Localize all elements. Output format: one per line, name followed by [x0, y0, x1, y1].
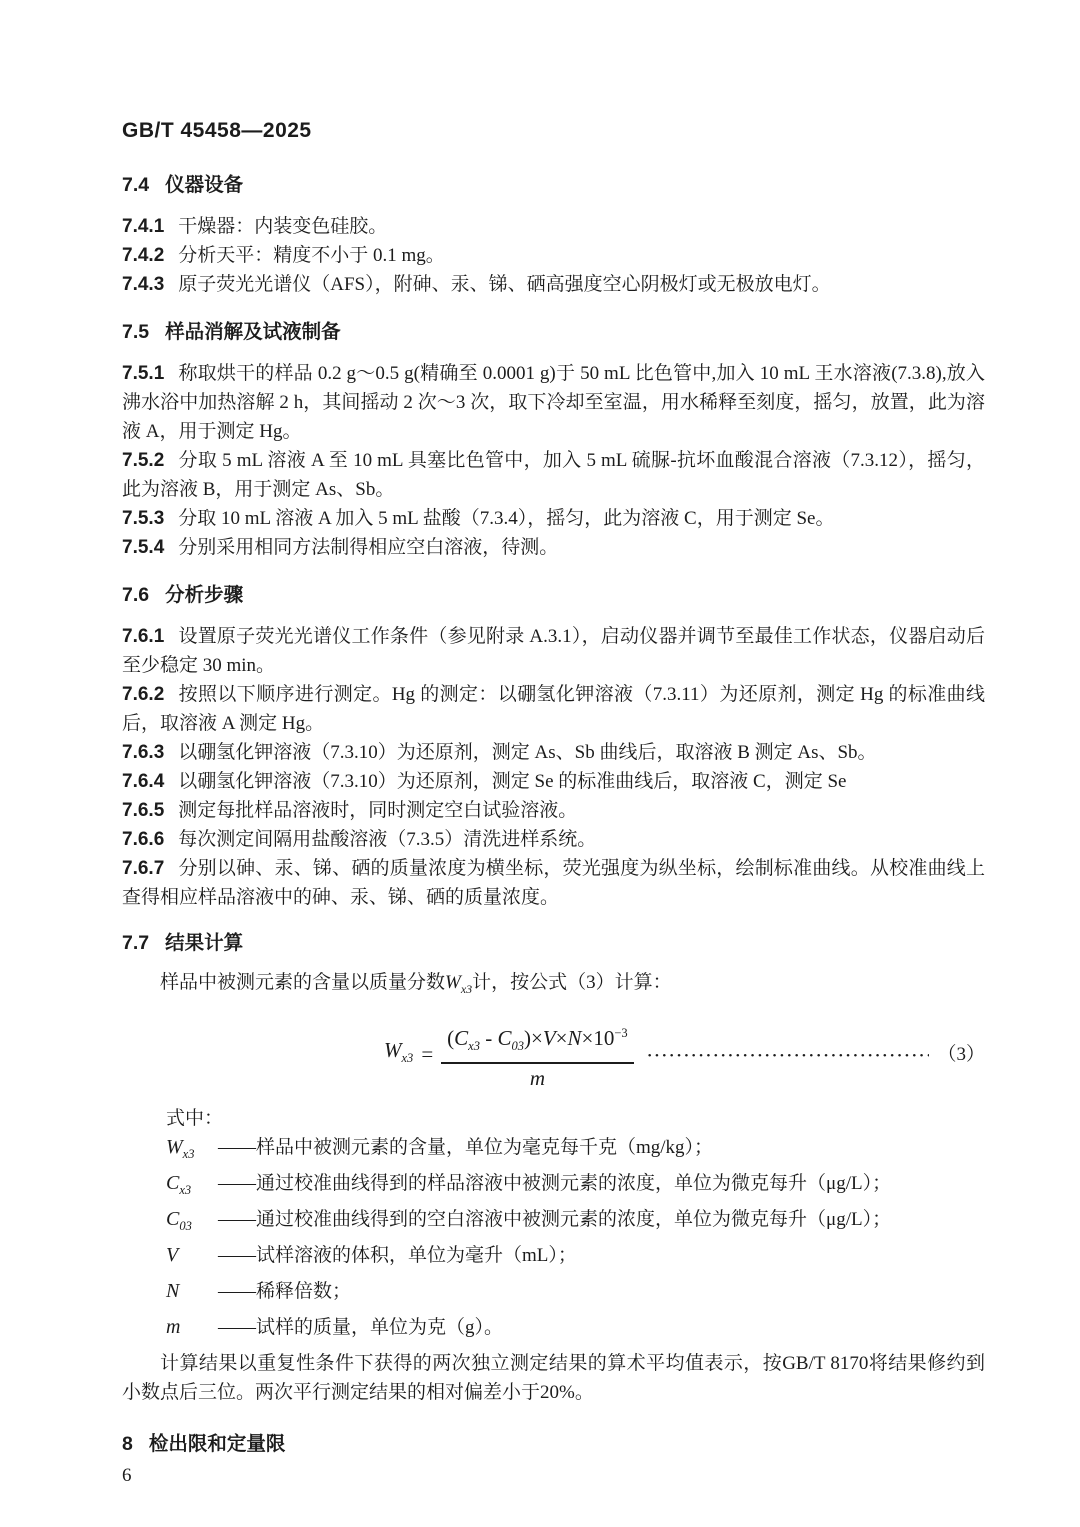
- clause-7-4-3: 7.4.3原子荧光光谱仪（AFS），附砷、汞、锑、硒高强度空心阴极灯或无极放电灯…: [122, 270, 985, 299]
- definition-symbol: Cx3: [166, 1169, 218, 1205]
- math-token: 10: [593, 1026, 614, 1050]
- clause-number: 7.6.5: [122, 800, 164, 821]
- definition-symbol: Wx3: [166, 1133, 218, 1169]
- symbol: W: [166, 1136, 183, 1158]
- section-number: 7.7: [122, 932, 149, 954]
- math-token: W: [384, 1038, 402, 1062]
- clause-7-5-2: 7.5.2分取 5 mL 溶液 A 至 10 mL 具塞比色管中，加入 5 mL…: [122, 446, 985, 504]
- clause-7-5-3: 7.5.3分取 10 mL 溶液 A 加入 5 mL 盐酸（7.3.4），摇匀，…: [122, 504, 985, 533]
- document-page: GB/T 45458—2025 7.4仪器设备 7.4.1干燥器：内装变色硅胶。…: [0, 0, 1080, 1527]
- clause-number: 7.4.3: [122, 274, 164, 295]
- clause-number: 7.6.1: [122, 626, 164, 647]
- math-token: −3: [614, 1026, 627, 1040]
- intro-text: 计，按公式（3）计算：: [472, 972, 672, 993]
- clause-7-6-3: 7.6.3以硼氢化钾溶液（7.3.10）为还原剂，测定 As、Sb 曲线后，取溶…: [122, 738, 985, 767]
- clause-text: 分别以砷、汞、锑、硒的质量浓度为横坐标，荧光强度为纵坐标，绘制标准曲线。从校准曲…: [122, 858, 985, 908]
- section-7-5-clauses: 7.5.1称取烘干的样品 0.2 g～0.5 g(精确至 0.0001 g)于 …: [122, 359, 985, 562]
- clause-text: 每次测定间隔用盐酸溶液（7.3.5）清洗进样系统。: [178, 829, 596, 850]
- definition-symbol: C03: [166, 1205, 218, 1241]
- section-number: 7.4: [122, 174, 149, 196]
- clause-7-6-5: 7.6.5测定每批样品溶液时，同时测定空白试验溶液。: [122, 796, 985, 825]
- clause-number: 7.5.2: [122, 450, 164, 471]
- clause-number: 7.5.1: [122, 363, 164, 384]
- math-token: C: [454, 1026, 468, 1050]
- math-token: ×: [556, 1026, 568, 1050]
- clause-7-6-1: 7.6.1设置原子荧光光谱仪工作条件（参见附录 A.3.1），启动仪器并调节至最…: [122, 622, 985, 680]
- numerator: (Cx3 - C03)×V×N×10−3: [441, 1021, 634, 1064]
- equation-lhs: Wx3: [384, 1036, 413, 1073]
- math-token: )×: [524, 1026, 543, 1050]
- clause-number: 7.5.3: [122, 508, 164, 529]
- formula-intro: 样品中被测元素的含量以质量分数Wx3计，按公式（3）计算：: [122, 968, 985, 1004]
- clause-number: 7.6.4: [122, 771, 164, 792]
- symbol-subscript: x3: [179, 1183, 191, 1197]
- symbol-w: W: [445, 972, 461, 993]
- symbol: C: [166, 1172, 179, 1194]
- math-token: C: [497, 1026, 511, 1050]
- symbol-subscript: x3: [183, 1147, 195, 1161]
- result-rounding-paragraph: 计算结果以重复性条件下获得的两次独立测定结果的算术平均值表示，按GB/T 817…: [122, 1349, 985, 1407]
- clause-7-5-1: 7.5.1称取烘干的样品 0.2 g～0.5 g(精确至 0.0001 g)于 …: [122, 359, 985, 446]
- definition-text: ——样品中被测元素的含量，单位为毫克每千克（mg/kg）；: [218, 1133, 985, 1169]
- clause-7-6-2: 7.6.2按照以下顺序进行测定。Hg 的测定：以硼氢化钾溶液（7.3.11）为还…: [122, 680, 985, 738]
- clause-text: 原子荧光光谱仪（AFS），附砷、汞、锑、硒高强度空心阴极灯或无极放电灯。: [178, 274, 830, 295]
- section-title: 分析步骤: [165, 584, 243, 606]
- clause-number: 7.4.1: [122, 216, 164, 237]
- where-label: 式中：: [122, 1104, 985, 1133]
- clause-7-6-4: 7.6.4以硼氢化钾溶液（7.3.10）为还原剂，测定 Se 的标准曲线后，取溶…: [122, 767, 985, 796]
- clause-text: 以硼氢化钾溶液（7.3.10）为还原剂，测定 As、Sb 曲线后，取溶液 B 测…: [178, 742, 876, 763]
- clause-text: 设置原子荧光光谱仪工作条件（参见附录 A.3.1），启动仪器并调节至最佳工作状态…: [122, 626, 985, 676]
- math-token: -: [480, 1026, 498, 1050]
- section-7-5-heading: 7.5样品消解及试液制备: [122, 319, 985, 345]
- definition-symbol: V: [166, 1241, 218, 1277]
- clause-7-5-4: 7.5.4分别采用相同方法制得相应空白溶液，待测。: [122, 533, 985, 562]
- clause-text: 干燥器：内装变色硅胶。: [178, 216, 387, 237]
- equals-sign: =: [421, 1040, 433, 1069]
- definition-row: Wx3——样品中被测元素的含量，单位为毫克每千克（mg/kg）；: [122, 1133, 985, 1169]
- section-7-4-clauses: 7.4.1干燥器：内装变色硅胶。 7.4.2分析天平：精度不小于 0.1 mg。…: [122, 212, 985, 299]
- clause-7-4-1: 7.4.1干燥器：内装变色硅胶。: [122, 212, 985, 241]
- section-7-7-heading: 7.7结果计算: [122, 930, 985, 956]
- section-number: 8: [122, 1433, 133, 1455]
- definition-text: ——试样的质量，单位为克（g）。: [218, 1313, 985, 1349]
- definition-row: N——稀释倍数；: [122, 1277, 985, 1313]
- symbol: N: [166, 1280, 179, 1302]
- definition-row: C03——通过校准曲线得到的空白溶液中被测元素的浓度，单位为微克每升（μg/L）…: [122, 1205, 985, 1241]
- symbol-subscript: 03: [179, 1219, 192, 1233]
- denominator: m: [441, 1064, 634, 1089]
- math-token: N: [568, 1026, 582, 1050]
- section-title: 结果计算: [165, 932, 243, 954]
- definition-row: m——试样的质量，单位为克（g）。: [122, 1313, 985, 1349]
- symbol: m: [166, 1316, 180, 1338]
- clause-text: 分析天平：精度不小于 0.1 mg。: [178, 245, 445, 266]
- equation-3: Wx3 = (Cx3 - C03)×V×N×10−3 m •••••••••••…: [122, 1016, 985, 1094]
- clause-text: 分取 5 mL 溶液 A 至 10 mL 具塞比色管中，加入 5 mL 硫脲-抗…: [122, 450, 985, 500]
- definition-symbol: N: [166, 1277, 218, 1313]
- section-number: 7.5: [122, 321, 149, 343]
- definition-row: Cx3——通过校准曲线得到的样品溶液中被测元素的浓度，单位为微克每升（μg/L）…: [122, 1169, 985, 1205]
- math-token: x3: [468, 1039, 480, 1053]
- clause-number: 7.4.2: [122, 245, 164, 266]
- clause-text: 按照以下顺序进行测定。Hg 的测定：以硼氢化钾溶液（7.3.11）为还原剂，测定…: [122, 684, 985, 734]
- math-token: V: [543, 1026, 556, 1050]
- clause-text: 称取烘干的样品 0.2 g～0.5 g(精确至 0.0001 g)于 50 mL…: [122, 363, 985, 442]
- math-token: x3: [402, 1051, 414, 1065]
- equation-number: （3）: [937, 1040, 985, 1069]
- section-title: 检出限和定量限: [149, 1433, 286, 1455]
- symbol-definitions: Wx3——样品中被测元素的含量，单位为毫克每千克（mg/kg）； Cx3——通过…: [122, 1133, 985, 1349]
- clause-number: 7.6.6: [122, 829, 164, 850]
- intro-text: 样品中被测元素的含量以质量分数: [160, 972, 445, 993]
- clause-7-6-7: 7.6.7分别以砷、汞、锑、硒的质量浓度为横坐标，荧光强度为纵坐标，绘制标准曲线…: [122, 854, 985, 912]
- math-token: 03: [512, 1039, 525, 1053]
- fraction: (Cx3 - C03)×V×N×10−3 m: [441, 1021, 634, 1089]
- clause-number: 7.5.4: [122, 537, 164, 558]
- definition-symbol: m: [166, 1313, 218, 1349]
- clause-number: 7.6.2: [122, 684, 164, 705]
- symbol: V: [166, 1244, 178, 1266]
- clause-number: 7.6.7: [122, 858, 164, 879]
- clause-7-6-6: 7.6.6每次测定间隔用盐酸溶液（7.3.5）清洗进样系统。: [122, 825, 985, 854]
- standard-code: GB/T 45458—2025: [122, 118, 985, 144]
- definition-text: ——稀释倍数；: [218, 1277, 985, 1313]
- symbol: C: [166, 1208, 179, 1230]
- dot-leader: ••••••••••••••••••••••••••••••••••••••••…: [648, 1050, 930, 1062]
- clause-text: 分取 10 mL 溶液 A 加入 5 mL 盐酸（7.3.4），摇匀，此为溶液 …: [178, 508, 834, 529]
- section-7-4-heading: 7.4仪器设备: [122, 172, 985, 198]
- definition-text: ——试样溶液的体积，单位为毫升（mL）；: [218, 1241, 985, 1277]
- definition-row: V——试样溶液的体积，单位为毫升（mL）；: [122, 1241, 985, 1277]
- clause-number: 7.6.3: [122, 742, 164, 763]
- clause-7-4-2: 7.4.2分析天平：精度不小于 0.1 mg。: [122, 241, 985, 270]
- math-token: ×: [582, 1026, 594, 1050]
- section-title: 样品消解及试液制备: [165, 321, 341, 343]
- section-8-heading: 8检出限和定量限: [122, 1431, 985, 1457]
- page-number: 6: [122, 1461, 985, 1490]
- definition-text: ——通过校准曲线得到的样品溶液中被测元素的浓度，单位为微克每升（μg/L）；: [218, 1169, 985, 1205]
- section-title: 仪器设备: [165, 174, 243, 196]
- clause-text: 测定每批样品溶液时，同时测定空白试验溶液。: [178, 800, 577, 821]
- definition-text: ——通过校准曲线得到的空白溶液中被测元素的浓度，单位为微克每升（μg/L）；: [218, 1205, 985, 1241]
- section-7-6-heading: 7.6分析步骤: [122, 582, 985, 608]
- section-7-6-clauses: 7.6.1设置原子荧光光谱仪工作条件（参见附录 A.3.1），启动仪器并调节至最…: [122, 622, 985, 912]
- clause-text: 分别采用相同方法制得相应空白溶液，待测。: [178, 537, 558, 558]
- math-token: m: [530, 1066, 545, 1090]
- clause-text: 以硼氢化钾溶液（7.3.10）为还原剂，测定 Se 的标准曲线后，取溶液 C，测…: [178, 771, 846, 792]
- section-number: 7.6: [122, 584, 149, 606]
- symbol-w-subscript: x3: [461, 982, 472, 996]
